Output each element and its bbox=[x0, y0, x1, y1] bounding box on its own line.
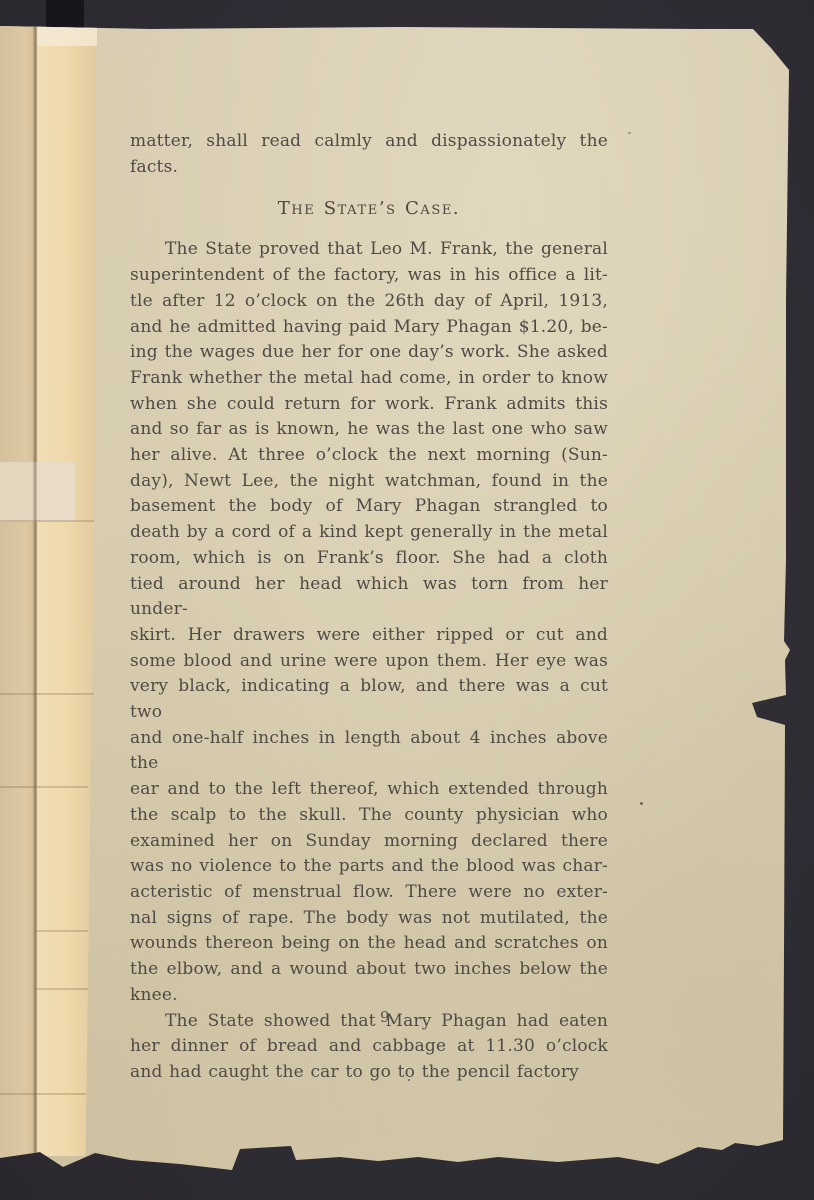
text-line: The State proved that Leo M. Frank, the … bbox=[130, 237, 608, 263]
text-line: and one-half inches in length about 4 in… bbox=[130, 726, 608, 777]
text-line: examined her on Sunday morning declared … bbox=[130, 829, 608, 855]
tape-seam bbox=[0, 693, 94, 695]
text-line: Frank whether the metal had come, in ord… bbox=[130, 366, 608, 392]
tape-strip-inner bbox=[37, 26, 95, 1156]
text-line: the scalp to the skull. The county physi… bbox=[130, 803, 608, 829]
text-line: the elbow, and a wound about two inches … bbox=[130, 957, 608, 983]
text-line: knee. bbox=[130, 983, 608, 1009]
text-line: ear and to the left thereof, which exten… bbox=[130, 777, 608, 803]
document-page: matter, shall read calmly and dispassion… bbox=[0, 0, 814, 1200]
tape-strip-outer bbox=[0, 26, 37, 1156]
text-line: facts. bbox=[130, 155, 608, 181]
text-line: skirt. Her drawers were either ripped or… bbox=[130, 623, 608, 649]
paragraph: matter, shall read calmly and dispassion… bbox=[130, 129, 608, 180]
text-line: tle after 12 o’clock on the 26th day of … bbox=[130, 289, 608, 315]
tape-strip-top bbox=[37, 26, 97, 46]
section-heading: The State’s Case. bbox=[130, 196, 608, 222]
scanner-background: matter, shall read calmly and dispassion… bbox=[0, 0, 814, 1200]
text-line: tied around her head which was torn from… bbox=[130, 572, 608, 623]
text-line: her dinner of bread and cabbage at 11.30… bbox=[130, 1034, 608, 1060]
text-line: room, which is on Frank’s floor. She had… bbox=[130, 546, 608, 572]
text-line: and had caught the car to go to the penc… bbox=[130, 1060, 608, 1086]
text-line: death by a cord of a kind kept generally… bbox=[130, 520, 608, 546]
tape-seam bbox=[0, 1093, 86, 1095]
paragraph: The State proved that Leo M. Frank, the … bbox=[130, 237, 608, 1008]
paper-speck bbox=[640, 802, 643, 805]
tape-patch bbox=[0, 462, 75, 522]
text-line: matter, shall read calmly and dispassion… bbox=[130, 129, 608, 155]
text-line: superintendent of the factory, was in hi… bbox=[130, 263, 608, 289]
text-line: her alive. At three o’clock the next mor… bbox=[130, 443, 608, 469]
text-line: acteristic of menstrual flow. There were… bbox=[130, 880, 608, 906]
text-line: ing the wages due her for one day’s work… bbox=[130, 340, 608, 366]
text-line: wounds thereon being on the head and scr… bbox=[130, 931, 608, 957]
page-text-block: matter, shall read calmly and dispassion… bbox=[130, 129, 608, 1086]
binding-tab bbox=[46, 0, 84, 31]
text-line: day), Newt Lee, the night watchman, foun… bbox=[130, 469, 608, 495]
text-line: and so far as is known, he was the last … bbox=[130, 417, 608, 443]
tape-seam bbox=[0, 520, 94, 522]
text-line: very black, indicating a blow, and there… bbox=[130, 674, 608, 725]
tape-seam bbox=[36, 930, 88, 932]
text-line: some blood and urine were upon them. Her… bbox=[130, 649, 608, 675]
text-line: when she could return for work. Frank ad… bbox=[130, 392, 608, 418]
spine-fold-line bbox=[33, 26, 37, 1154]
text-line: nal signs of rape. The body was not muti… bbox=[130, 906, 608, 932]
text-line: basement the body of Mary Phagan strangl… bbox=[130, 494, 608, 520]
text-line: and he admitted having paid Mary Phagan … bbox=[130, 315, 608, 341]
page-number: 9 bbox=[146, 1008, 624, 1026]
paper-speck bbox=[628, 132, 631, 134]
tape-seam bbox=[36, 988, 88, 990]
tape-seam bbox=[0, 786, 88, 788]
text-line: was no violence to the parts and the blo… bbox=[130, 854, 608, 880]
